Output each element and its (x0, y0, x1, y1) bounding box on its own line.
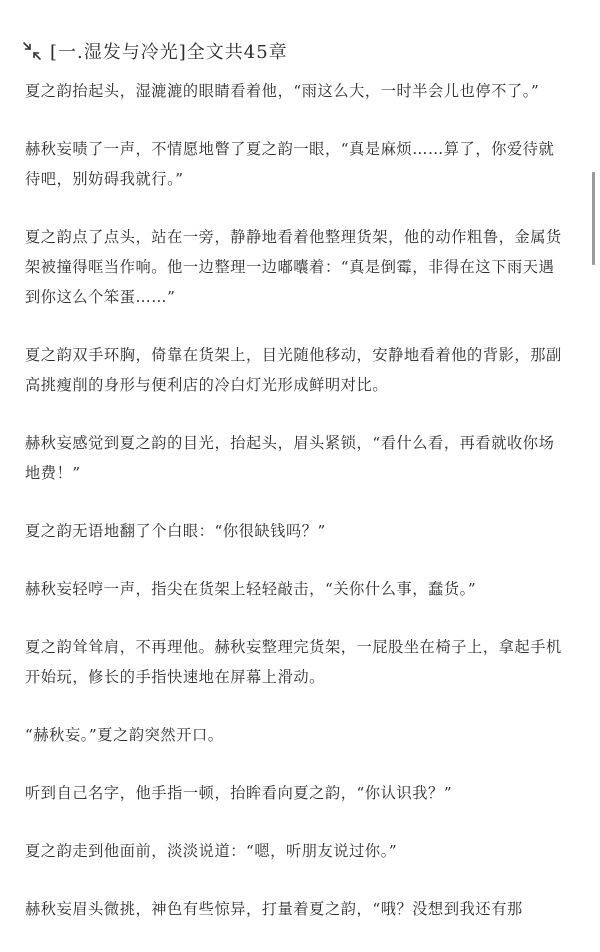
paragraph: 赫秋妄感觉到夏之韵的目光，抬起头，眉头紧锁，“看什么看，再看就收你场地费！” (25, 428, 570, 488)
collapse-icon[interactable] (22, 41, 42, 61)
chapter-title: [一.湿发与冷光]全文共45章 (50, 38, 288, 64)
paragraph: 赫秋妄啧了一声，不情愿地瞥了夏之韵一眼，“真是麻烦……算了，你爱待就待吧，别妨碍… (25, 134, 570, 194)
paragraph: 赫秋妄轻哼一声，指尖在货架上轻轻敲击，“关你什么事，蠢货。” (25, 574, 570, 604)
paragraph: 夏之韵走到他面前，淡淡说道：“嗯，听朋友说过你。” (25, 836, 570, 866)
paragraph: 夏之韵无语地翻了个白眼：“你很缺钱吗？” (25, 516, 570, 546)
paragraph: 夏之韵抬起头，湿漉漉的眼睛看着他，“雨这么大，一时半会儿也停不了。” (25, 76, 570, 106)
scrollbar[interactable] (592, 172, 595, 265)
chapter-content: 夏之韵抬起头，湿漉漉的眼睛看着他，“雨这么大，一时半会儿也停不了。” 赫秋妄啧了… (25, 76, 570, 952)
paragraph: 夏之韵点了点头，站在一旁，静静地看着他整理货架，他的动作粗鲁，金属货架被撞得哐当… (25, 222, 570, 312)
paragraph: 赫秋妄眉头微挑，神色有些惊异，打量着夏之韵，“哦？没想到我还有那 (25, 894, 570, 924)
chapter-header: [一.湿发与冷光]全文共45章 (22, 38, 288, 64)
paragraph: 夏之韵双手环胸，倚靠在货架上，目光随他移动，安静地看着他的背影，那副高挑瘦削的身… (25, 340, 570, 400)
reader-page: [一.湿发与冷光]全文共45章 夏之韵抬起头，湿漉漉的眼睛看着他，“雨这么大，一… (0, 0, 600, 952)
paragraph: 听到自己名字，他手指一顿，抬眸看向夏之韵，“你认识我？” (25, 778, 570, 808)
paragraph: 夏之韵耸耸肩，不再理他。赫秋妄整理完货架，一屁股坐在椅子上，拿起手机开始玩，修长… (25, 632, 570, 692)
paragraph: “赫秋妄。”夏之韵突然开口。 (25, 720, 570, 750)
